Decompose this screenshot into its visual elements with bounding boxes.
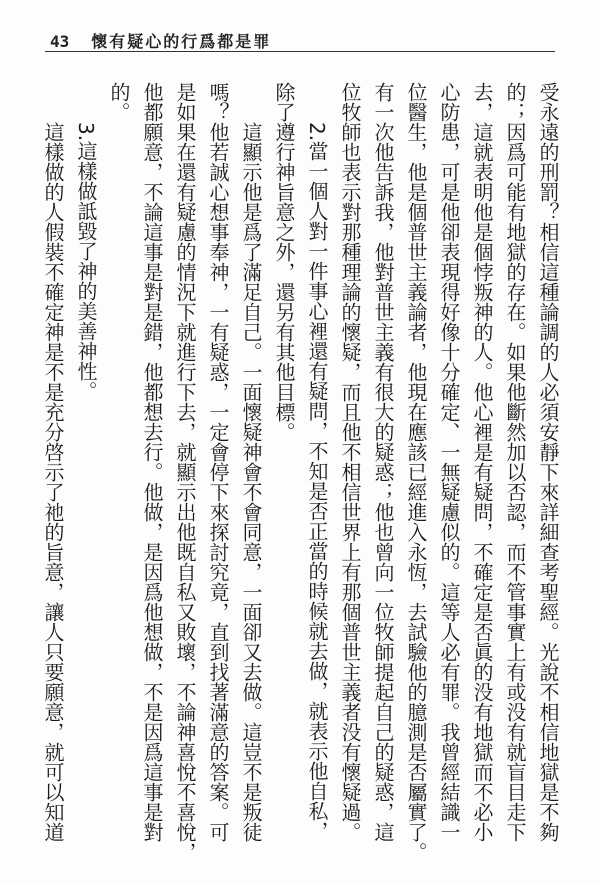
text-column: 心防患，可是他卻表現得好像十分確定、一無疑慮似的。這等人必有罪。我曾經結識一 [432, 82, 465, 852]
header-rule [45, 51, 555, 52]
paragraph-start-column: 這樣做的人假裝不確定神是不是充分啓示了祂的旨意，讓人只要願意，就可以知道 [36, 82, 69, 852]
paragraph-start-column: 這顯示他是爲了滿足自己。一面懷疑神會不會同意，一面卻又去做。這豈不是叛徒 [234, 82, 267, 852]
text-column: 受永遠的刑罰？相信這種論調的人必須安靜下來詳細查考聖經。光說不相信地獄是不夠 [531, 82, 564, 852]
text-column: 有一次他告訴我，他對普世主義有很大的疑惑；他也曾向一位牧師提起自己的疑惑，這 [366, 82, 399, 852]
page-header: 43 懷有疑心的行爲都是罪 [50, 28, 271, 52]
text-column: 去，這就表明他是個悖叛神的人。他心裡是有疑問，不確定是否眞的没有地獄而不必小 [465, 82, 498, 852]
running-title: 懷有疑心的行爲都是罪 [91, 32, 271, 52]
body-text: 受永遠的刑罰？相信這種論調的人必須安靜下來詳細查考聖經。光說不相信地獄是不夠 的… [36, 82, 564, 852]
text-column: 位醫生，他是個普世主義論者，他現在應該已經進入永恆，去試驗他的臆測是否屬實了。 [399, 82, 432, 852]
text-column: 是如果在還有疑慮的情況下就進行下去，就顯示出他既自私又敗壞，不論神喜悅不喜悅， [168, 82, 201, 852]
text-column: 嗎？他若誠心想事奉神，一有疑惑，一定會停下來探討究竟，直到找著滿意的答案。可 [201, 82, 234, 852]
text-column: 的；因爲可能有地獄的存在。如果他斷然加以否認，而不管事實上有或没有就盲目走下 [498, 82, 531, 852]
paragraph-start-column: 2.當一個人對一件事心裡還有疑問，不知是否正當的時候就去做，就表示他自私， [300, 82, 333, 852]
book-page: 43 懷有疑心的行爲都是罪 受永遠的刑罰？相信這種論調的人必須安靜下來詳細查考聖… [0, 0, 600, 883]
page-number: 43 [50, 32, 69, 52]
section-heading-column: 3.這樣做詆毀了神的美善神性。 [69, 82, 102, 852]
text-column: 位牧師也表示對那種理論的懷疑，而且他不相信世界上有那個普世主義者没有懷疑過。 [333, 82, 366, 852]
text-column: 除了遵行神旨意之外，還另有其他目標。 [267, 82, 300, 852]
text-column: 他都願意，不論這事是對是錯，他都想去行。他做，是因爲他想做，不是因爲這事是對 [135, 82, 168, 852]
text-column: 的。 [102, 82, 135, 852]
